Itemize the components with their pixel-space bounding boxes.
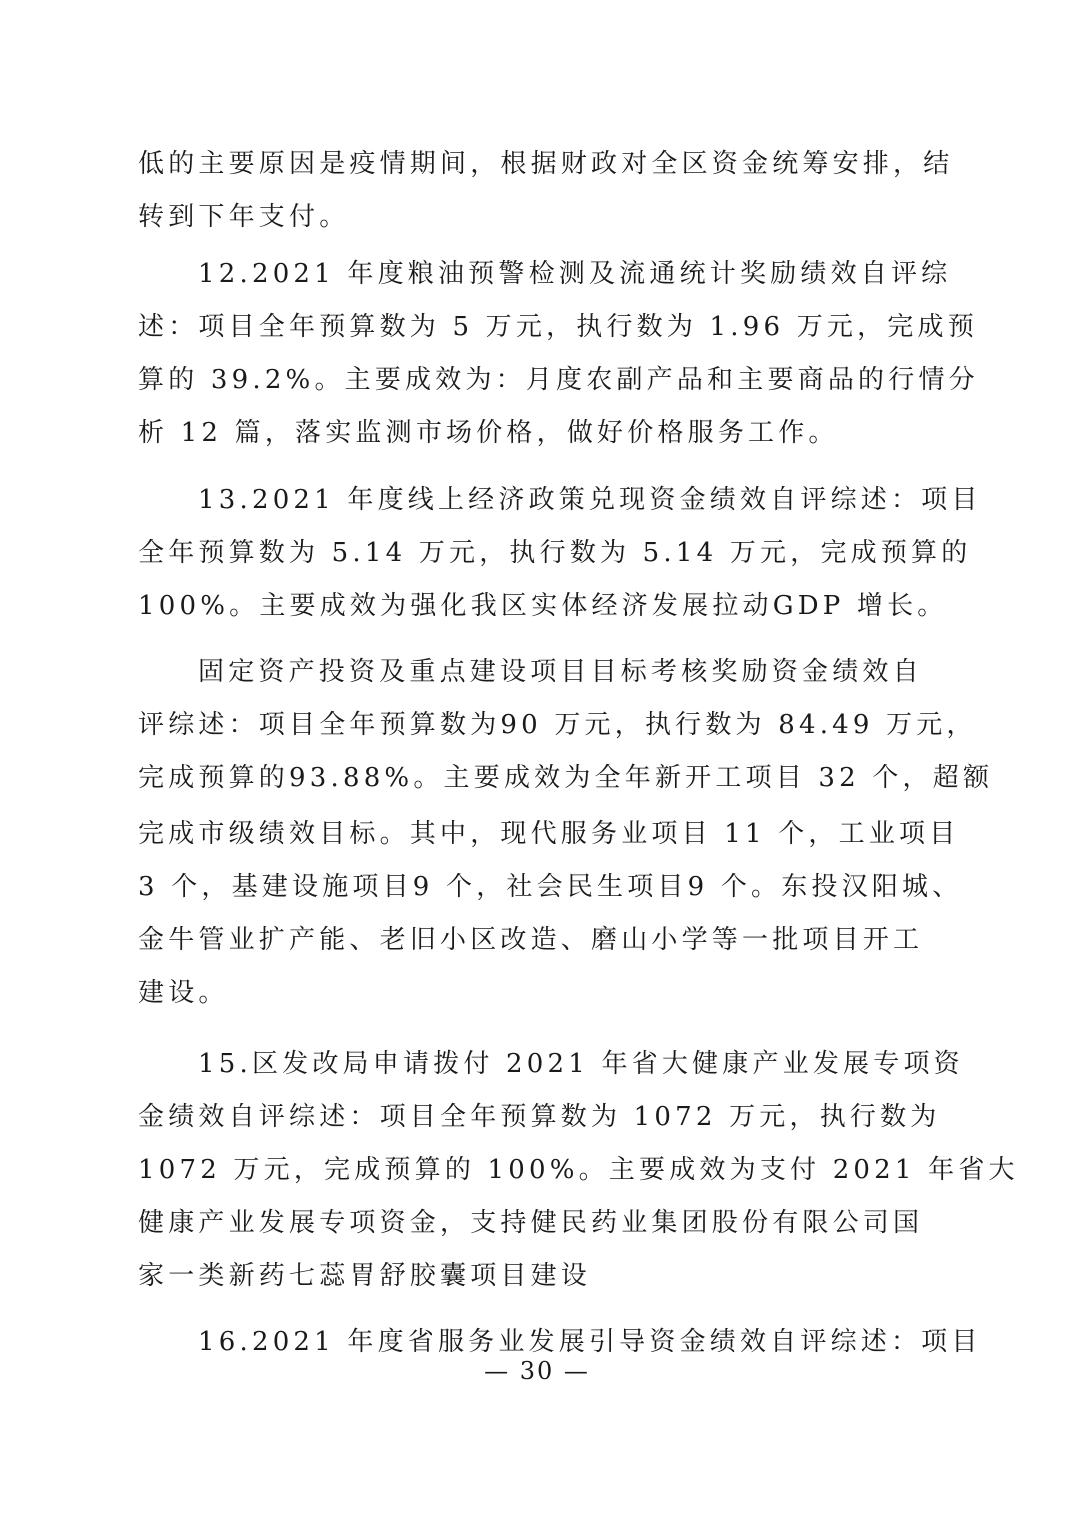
paragraph-line-item-13: 13.2021 年度线上经济政策兑现资金绩效自评综述：项目	[198, 484, 898, 516]
paragraph-line-item-15: 15.区发改局申请拨付 2021 年省大健康产业发展专项资	[198, 1048, 898, 1080]
paragraph-line: 建设。	[138, 977, 898, 1009]
paragraph-line: 100%。主要成效为强化我区实体经济发展拉动GDP 增长。	[138, 590, 898, 622]
paragraph-line: 评综述：项目全年预算数为90 万元，执行数为 84.49 万元，	[138, 709, 898, 741]
paragraph-line: 述：项目全年预算数为 5 万元，执行数为 1.96 万元，完成预	[138, 311, 898, 343]
paragraph-line-item-14: 固定资产投资及重点建设项目目标考核奖励资金绩效自	[198, 656, 898, 688]
document-page: 低的主要原因是疫情期间，根据财政对全区资金统筹安排，结 转到下年支付。 12.2…	[0, 0, 1074, 1520]
paragraph-line: 算的 39.2%。主要成效为：月度农副产品和主要商品的行情分	[138, 364, 898, 396]
paragraph-line: 1072 万元，完成预算的 100%。主要成效为支付 2021 年省大	[138, 1154, 898, 1186]
paragraph-line-item-12: 12.2021 年度粮油预警检测及流通统计奖励绩效自评综	[198, 258, 898, 290]
paragraph-line: 健康产业发展专项资金，支持健民药业集团股份有限公司国	[138, 1207, 898, 1239]
paragraph-line: 完成预算的93.88%。主要成效为全年新开工项目 32 个，超额	[138, 762, 898, 794]
paragraph-line: 转到下年支付。	[138, 201, 898, 233]
page-number: — 30 —	[0, 1356, 1074, 1386]
paragraph-line: 低的主要原因是疫情期间，根据财政对全区资金统筹安排，结	[138, 148, 898, 180]
paragraph-line: 家一类新药七蕊胃舒胶囊项目建设	[138, 1260, 898, 1292]
paragraph-line-item-16: 16.2021 年度省服务业发展引导资金绩效自评综述：项目	[198, 1326, 898, 1358]
paragraph-line: 完成市级绩效目标。其中，现代服务业项目 11 个，工业项目	[138, 818, 898, 850]
paragraph-line: 全年预算数为 5.14 万元，执行数为 5.14 万元，完成预算的	[138, 537, 898, 569]
paragraph-line: 析 12 篇，落实监测市场价格，做好价格服务工作。	[138, 417, 898, 449]
paragraph-line: 金牛管业扩产能、老旧小区改造、磨山小学等一批项目开工	[138, 924, 898, 956]
paragraph-line: 3 个，基建设施项目9 个，社会民生项目9 个。东投汉阳城、	[138, 871, 898, 903]
paragraph-line: 金绩效自评综述：项目全年预算数为 1072 万元，执行数为	[138, 1101, 898, 1133]
